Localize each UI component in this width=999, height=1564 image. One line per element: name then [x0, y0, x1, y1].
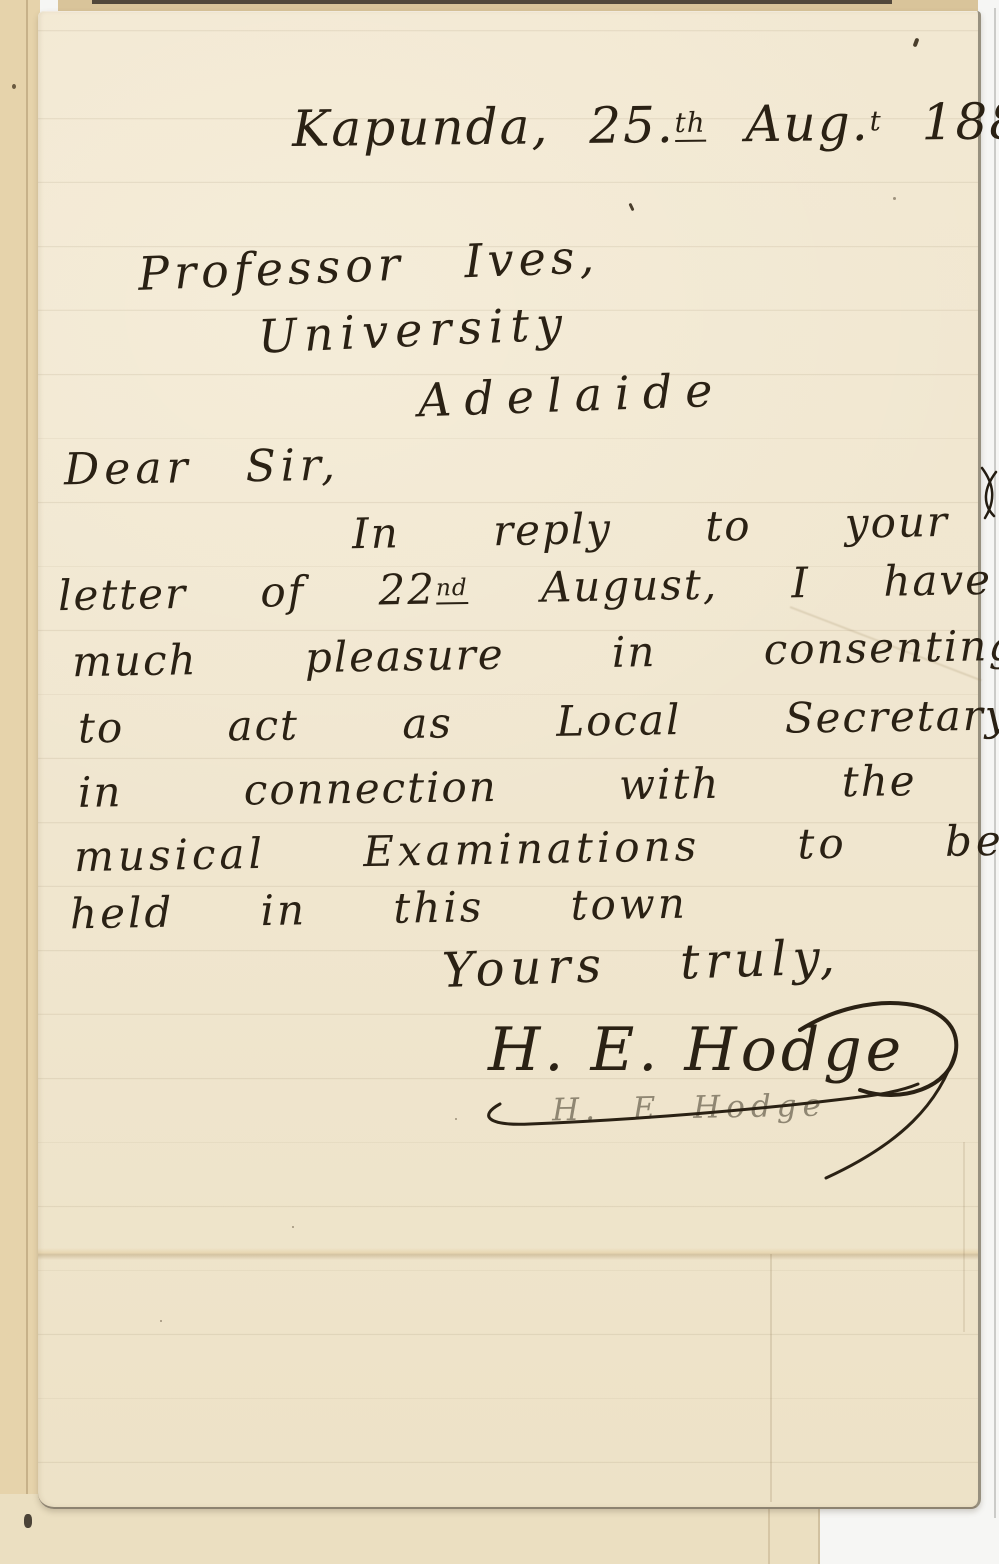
scan-right-edge — [994, 8, 996, 1518]
dateline: Kapunda, 25.th Aug.t 1889 — [292, 92, 999, 158]
paper-speck — [893, 197, 896, 200]
body-line-2-pre: letter of 22 — [58, 565, 437, 621]
signature-text: H. E. Hodge — [487, 1015, 905, 1085]
fold-crease-vertical-1 — [770, 1254, 772, 1502]
dateline-month: Aug. — [745, 94, 870, 153]
scan-top-shadow — [92, 0, 892, 4]
signature: H. E. Hodge — [470, 992, 980, 1187]
paper-speck — [24, 1514, 32, 1528]
paper-speck — [160, 1320, 162, 1322]
body-line-2-ordinal: nd — [436, 575, 468, 605]
paper-speck — [12, 84, 16, 89]
body-line-2-post: August, I have — [541, 555, 993, 612]
scanned-letter: Kapunda, 25.th Aug.t 1889 Professor Ives… — [0, 0, 999, 1564]
fold-crease-horizontal — [38, 1248, 978, 1260]
dateline-place: Kapunda, — [292, 97, 550, 158]
paper-speck — [455, 1118, 457, 1120]
dateline-day-ordinal: th — [675, 107, 706, 142]
dateline-month-ordinal: t — [869, 105, 881, 137]
dateline-year: 1889 — [921, 92, 999, 151]
recipient-city: Adelaide — [417, 363, 726, 428]
dateline-day: 25. — [589, 96, 675, 155]
paper-speck — [292, 1226, 294, 1228]
under-sheet-left-edge — [0, 0, 40, 1564]
salutation: Dear Sir, — [64, 440, 341, 496]
margin-ink-mark — [979, 460, 999, 522]
